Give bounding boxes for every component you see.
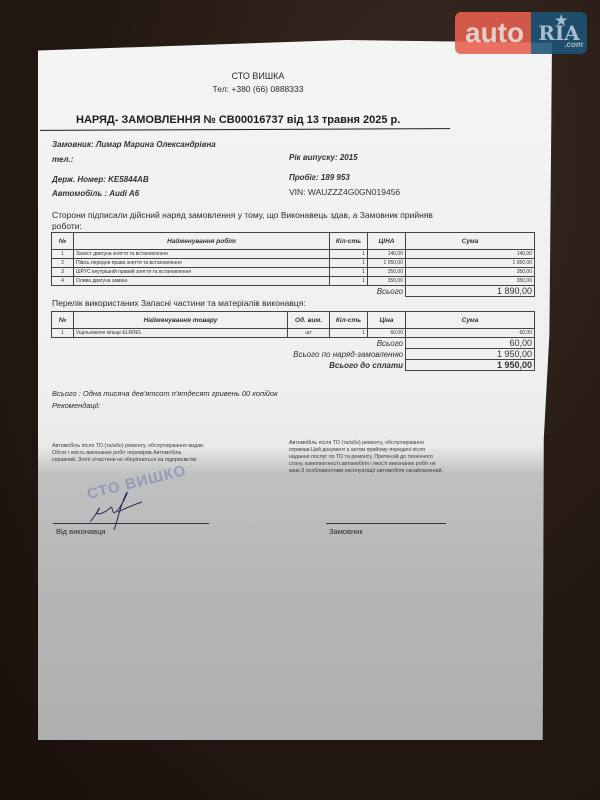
work-order-document: СТО ВИШКА Тел: +380 (66) 0888333 НАРЯД- … xyxy=(0,0,600,800)
acceptance-statement: Сторони підписали дійсний наряд замовлен… xyxy=(52,210,447,232)
order-total-row: Всього по наряд-замовленню 1 950,00 xyxy=(52,349,535,360)
customer-note: Автомобіль після ТО (та/або) ремонту, об… xyxy=(289,440,447,475)
car-year: Рік випуску: 2015 xyxy=(289,153,358,162)
table-row: 4 Олива двигуна заміна 1 350,00 350,00 xyxy=(52,277,535,286)
title-underline xyxy=(40,128,450,131)
customer-name: Замовник: Лимар Марина Олександрівна xyxy=(52,140,216,149)
order-total: 1 950,00 xyxy=(406,349,535,360)
executor-signature-line xyxy=(53,523,209,524)
works-header-row: № Найменування робіт Кіл-сть ЦІНА Сума xyxy=(52,233,535,250)
table-row: 1 Захист двигуна зняття та встановлення … xyxy=(52,250,535,259)
table-row: 3 ШРУС внутрішній правий зняття та встан… xyxy=(52,268,535,277)
customer-label: Замовник xyxy=(329,527,363,536)
company-phone: Тел: +380 (66) 0888333 xyxy=(180,84,336,94)
customer-phone: тел.: xyxy=(52,155,73,164)
works-table: № Найменування робіт Кіл-сть ЦІНА Сума 1… xyxy=(51,232,535,297)
car-model: Автомобіль : Audi A6 xyxy=(52,189,139,198)
vin: VIN: WAUZZZ4G0GN019456 xyxy=(289,187,400,197)
table-row: 2 Півісь передня права зняття та встанов… xyxy=(52,259,535,268)
total-in-words: Всього : Одна тисяча дев'ятсот п'ятдесят… xyxy=(52,389,278,398)
executor-label: Від виконавця xyxy=(56,527,106,536)
recommendations: Рекомендації: xyxy=(52,401,100,410)
document-title: НАРЯД- ЗАМОВЛЕННЯ № СВ00016737 від 13 тр… xyxy=(76,114,400,126)
plate-number: Держ. Номер: KE5844AB xyxy=(52,175,149,184)
customer-signature-line xyxy=(326,523,446,524)
to-pay-row: Всього до сплати 1 950,00 xyxy=(52,360,535,371)
executor-signature xyxy=(80,482,150,532)
company-name: СТО ВИШКА xyxy=(180,71,336,81)
parts-title: Перелік використаних Запасні частини та … xyxy=(52,298,306,308)
parts-table: № Найменування товару Од. вим. Кіл-сть Ц… xyxy=(51,311,535,371)
parts-header-row: № Найменування товару Од. вим. Кіл-сть Ц… xyxy=(52,312,535,329)
amount-to-pay: 1 950,00 xyxy=(406,360,535,371)
parts-total: 60,00 xyxy=(406,338,535,349)
mileage: Пробіг: 189 953 xyxy=(289,173,350,182)
parts-total-row: Всього 60,00 xyxy=(52,338,535,349)
works-total: 1 890,00 xyxy=(406,286,535,297)
table-row: 1 Ущільнююче кільце ELRING шт 1 60,00 60… xyxy=(52,329,535,338)
works-total-row: Всього 1 890,00 xyxy=(52,286,535,297)
